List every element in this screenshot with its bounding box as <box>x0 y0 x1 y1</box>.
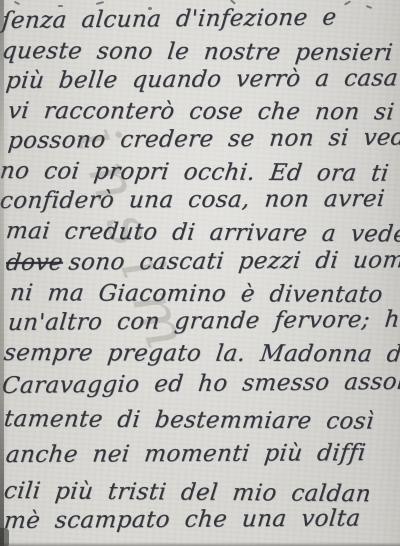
handwritten-line: confiderò una cosa, non avrei <box>0 186 386 214</box>
scan-artifact <box>58 5 63 7</box>
scan-artifact <box>148 7 152 10</box>
handwritten-line: possono credere se non si vedo <box>7 124 400 154</box>
handwritten-line: anche nei momenti più diffi <box>4 440 367 468</box>
scan-artifact <box>366 5 372 9</box>
handwritten-line: mai creduto di arrivare a vede <box>5 218 400 248</box>
handwritten-line-with-strikethrough: dovesono cascati pezzi di uomi <box>4 247 400 276</box>
scanned-letter-page: insim ſenza alcuna d'infezione e queste … <box>0 0 400 546</box>
scan-artifact <box>344 0 351 5</box>
scan-artifact <box>14 1 20 5</box>
handwritten-line: sempre pregato la. Madonna di <box>2 340 400 367</box>
handwritten-line: ni ma Giacomino è diventato <box>9 280 385 308</box>
handwritten-line: queste sono le nostre pensieri <box>1 38 395 66</box>
handwritten-line: più belle quando verrò a casa <box>4 65 399 94</box>
scan-artifact <box>96 1 104 5</box>
scan-edge-shadow-bottom <box>0 542 400 546</box>
handwritten-line: ſenza alcuna d'infezione e <box>1 5 338 34</box>
scan-corner-blot <box>0 528 9 546</box>
handwritten-line: vi racconterò cose che non si <box>7 98 396 125</box>
handwritten-line: no coi propri occhi. Ed ora ti <box>0 158 390 187</box>
scan-edge-shadow-left <box>0 0 4 546</box>
handwritten-line: cili più tristi del mio caldan <box>3 478 373 507</box>
struck-word: dove <box>4 250 64 276</box>
handwritten-line: un'altro con grande fervore; ho <box>7 306 400 336</box>
handwritten-line: Caravaggio ed ho smesso assolu <box>1 369 400 399</box>
handwritten-line: tamente di bestemmiare così <box>3 406 376 435</box>
handwritten-line: mè scampato che una volta <box>3 506 362 534</box>
scan-artifact <box>230 0 236 5</box>
